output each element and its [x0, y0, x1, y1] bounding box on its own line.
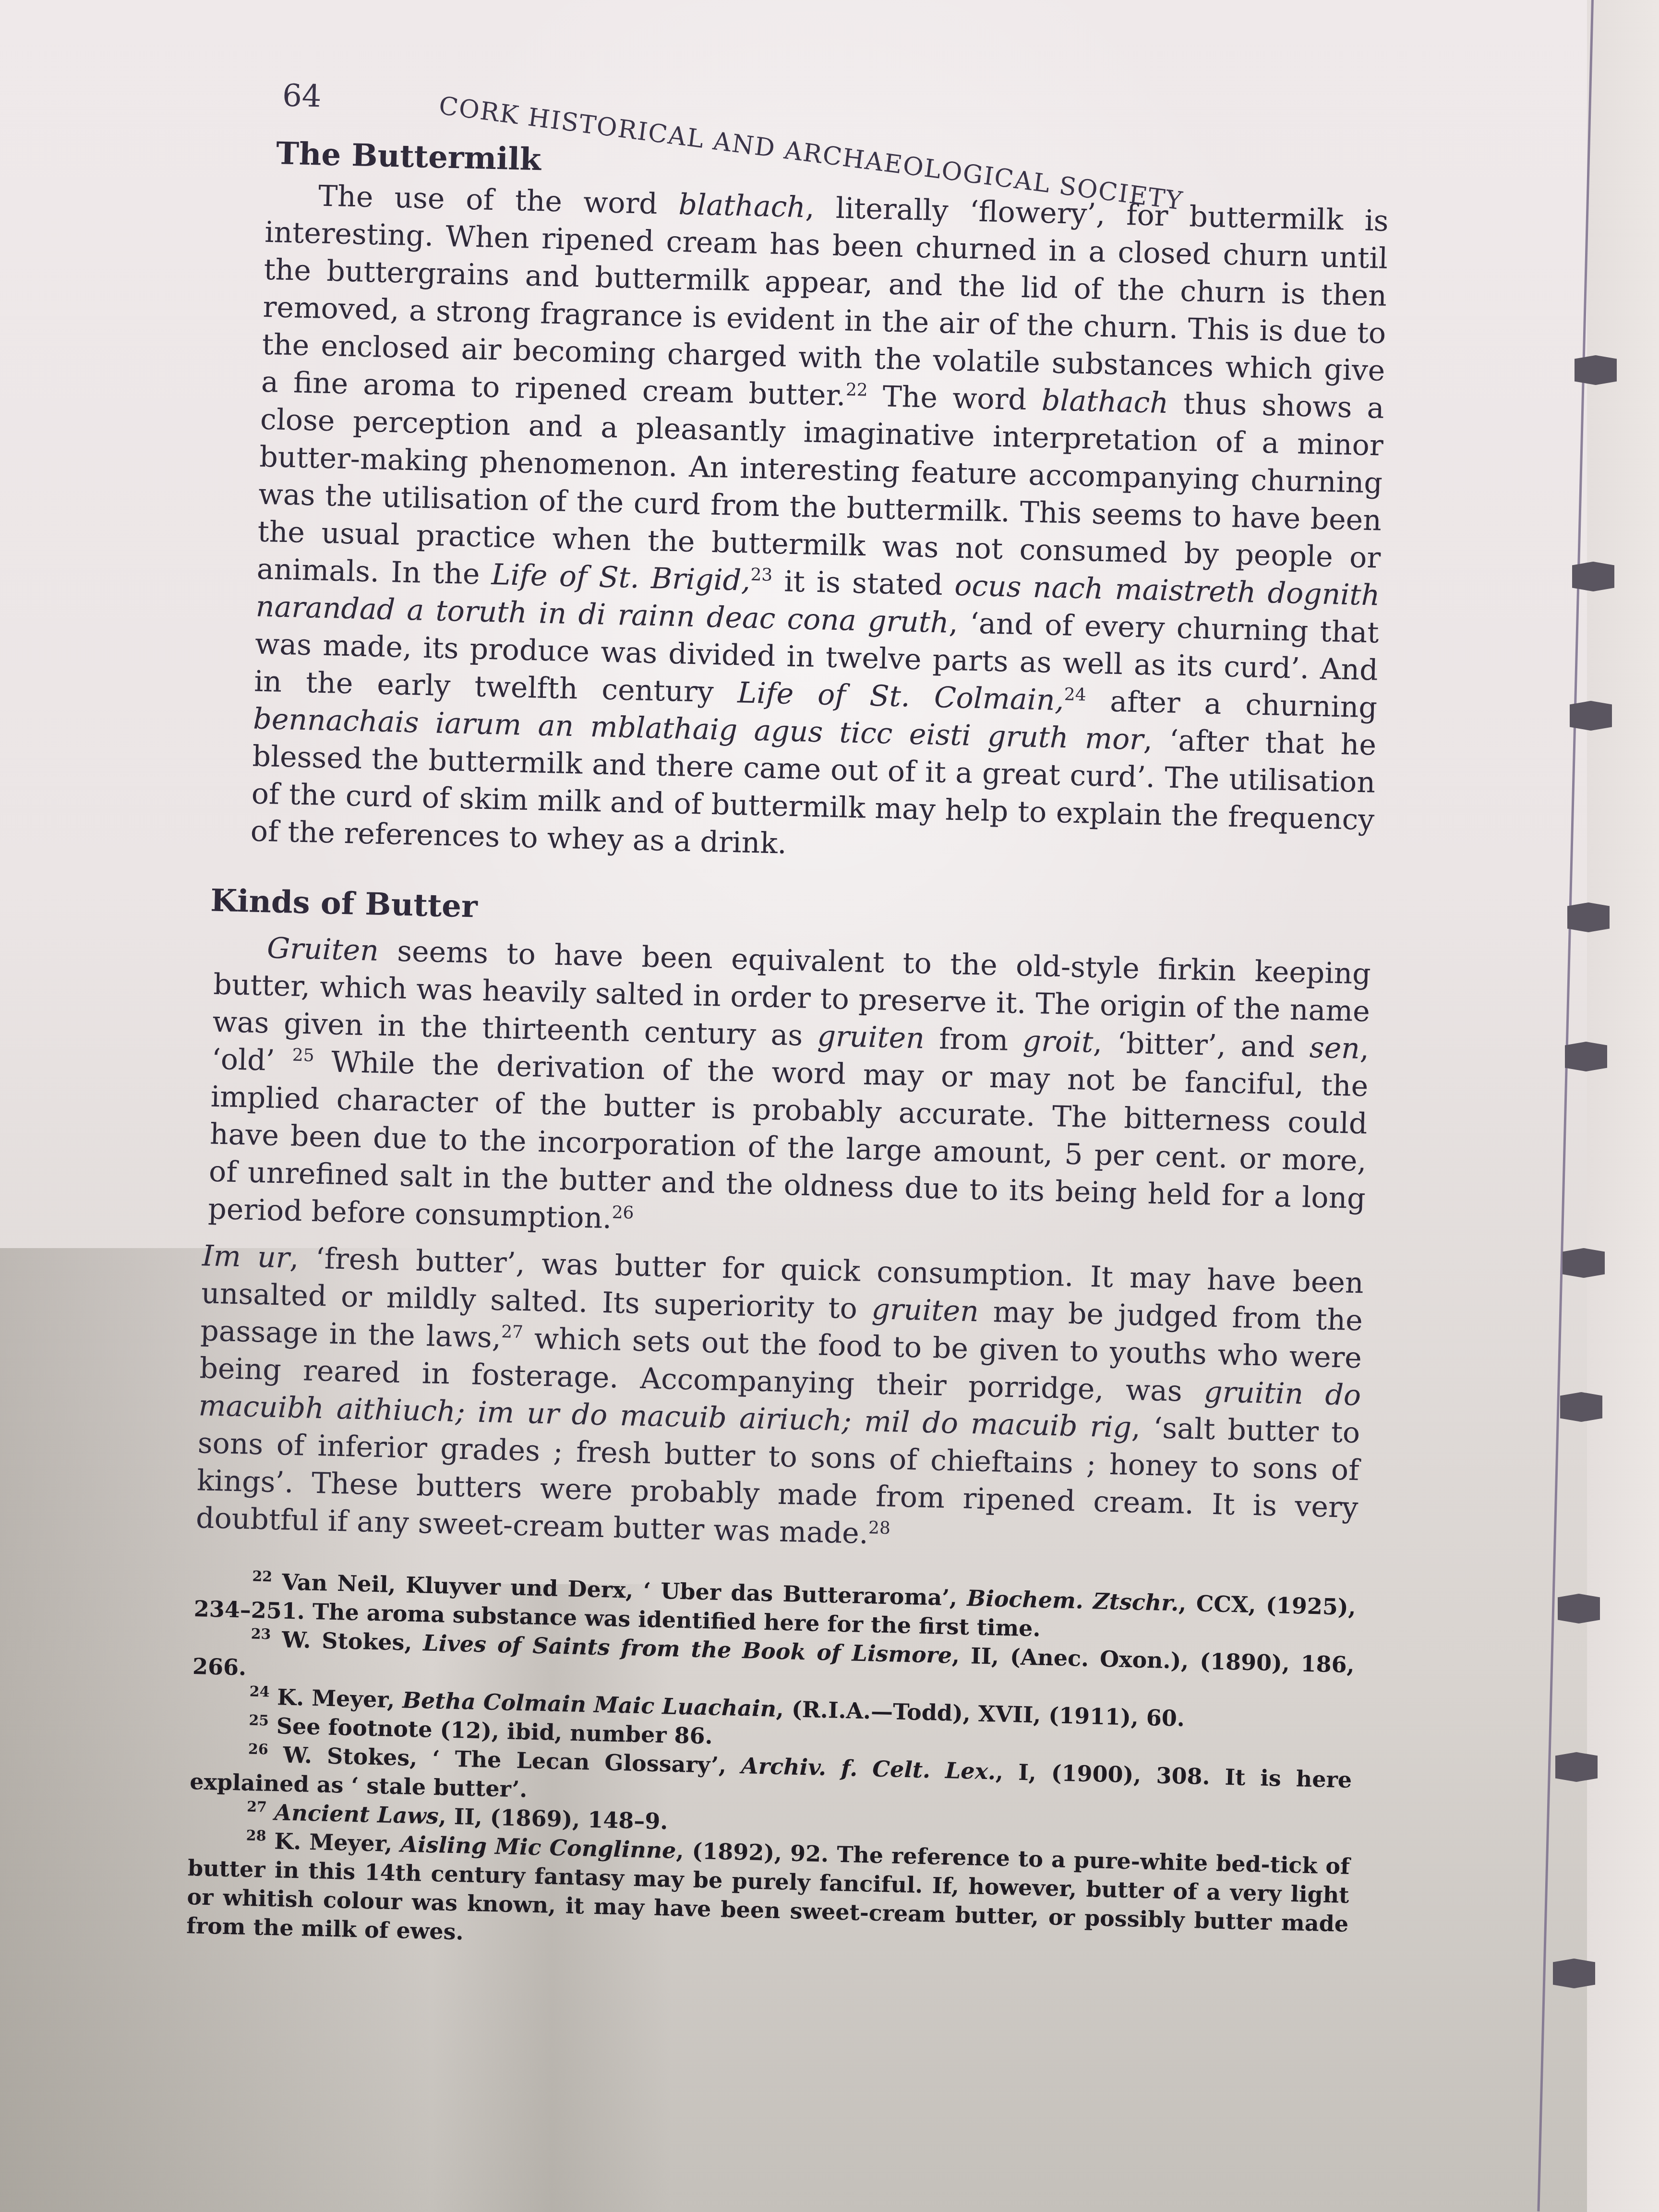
footnote-number: 27 [247, 1798, 267, 1815]
binding-hole [1565, 1042, 1607, 1071]
italic-text: Archiv. f. Celt. Lex. [741, 1753, 996, 1784]
binding-hole [1558, 1594, 1600, 1623]
italic-text: Ancient Laws [274, 1799, 439, 1829]
text-run: W. Stokes, [271, 1626, 424, 1656]
footnote-ref: 27 [501, 1322, 524, 1342]
footnote-ref: 26 [612, 1202, 634, 1223]
footnote-ref: 25 [292, 1046, 314, 1066]
footnote-number: 25 [249, 1712, 269, 1730]
italic-text: blathach [678, 188, 806, 224]
text-run [266, 1799, 275, 1825]
paragraph-buttermilk: The use of the word blathach, literally … [250, 176, 1389, 877]
binding-hole [1560, 1392, 1602, 1422]
italic-text: blathach [1041, 384, 1169, 420]
text-run: , literally ‘flowery’, for buttermilk is… [261, 191, 1389, 412]
page-number: 64 [282, 78, 322, 115]
footnote-ref: 28 [868, 1518, 891, 1538]
text-run: While the derivation of the word may or … [208, 1045, 1369, 1236]
binding-hole [1555, 1752, 1598, 1782]
paragraph-gruiten: Gruiten seems to have been equivalent to… [208, 928, 1371, 1255]
footnote-number: 23 [251, 1626, 271, 1643]
italic-text: gruiten [817, 1019, 925, 1055]
text-run: , II, (1869), 148–9. [438, 1803, 668, 1834]
italic-text: Im ur [202, 1239, 290, 1274]
footnotes: 22 Van Neil, Kluyver und Derx, ‘ Uber da… [186, 1565, 1357, 1967]
binding-hole [1553, 1959, 1595, 1988]
footnote-ref: 23 [750, 565, 773, 585]
text-run: K. Meyer, [269, 1684, 403, 1713]
text-run: after a churning [1086, 684, 1378, 724]
binding-hole [1563, 1248, 1605, 1278]
footnote-number: 26 [248, 1741, 269, 1758]
italic-text: Life of St. Colmain, [737, 676, 1065, 717]
italic-text: Life of St. Brigid, [491, 558, 751, 598]
page-content: 64 CORK HISTORICAL AND ARCHAEOLOGICAL SO… [186, 58, 1392, 1967]
text-run: K. Meyer, [266, 1828, 401, 1857]
italic-text: gruiten [871, 1292, 979, 1328]
footnote-number: 28 [246, 1827, 266, 1844]
footnote-ref: 24 [1064, 685, 1086, 705]
text-run: The use of the word [318, 179, 679, 221]
italic-text: Biochem. Ztschr. [967, 1585, 1179, 1616]
binding-hole [1570, 701, 1612, 731]
text-run: it is stated [772, 565, 955, 602]
italic-text: sen [1309, 1031, 1360, 1066]
footnote-number: 22 [252, 1568, 273, 1586]
text-run: thus shows a close perception and a plea… [256, 386, 1384, 591]
italic-text: groit [1022, 1024, 1094, 1059]
paragraph-im-ur: Im ur, ‘fresh butter’, was butter for qu… [195, 1237, 1364, 1564]
binding-hole [1567, 902, 1610, 932]
text-run: The word [867, 379, 1042, 417]
text-run: from [924, 1022, 1023, 1058]
footnote-ref: 22 [845, 380, 868, 400]
italic-text: Gruiten [266, 931, 379, 967]
binding-hole [1572, 562, 1614, 591]
next-page-edge [1587, 0, 1659, 2212]
italic-text: Aisling Mic Conglinne [400, 1831, 676, 1863]
text-run: , ‘bitter’, and [1093, 1026, 1310, 1065]
footnote-number: 24 [249, 1683, 270, 1701]
binding-hole [1575, 355, 1617, 385]
